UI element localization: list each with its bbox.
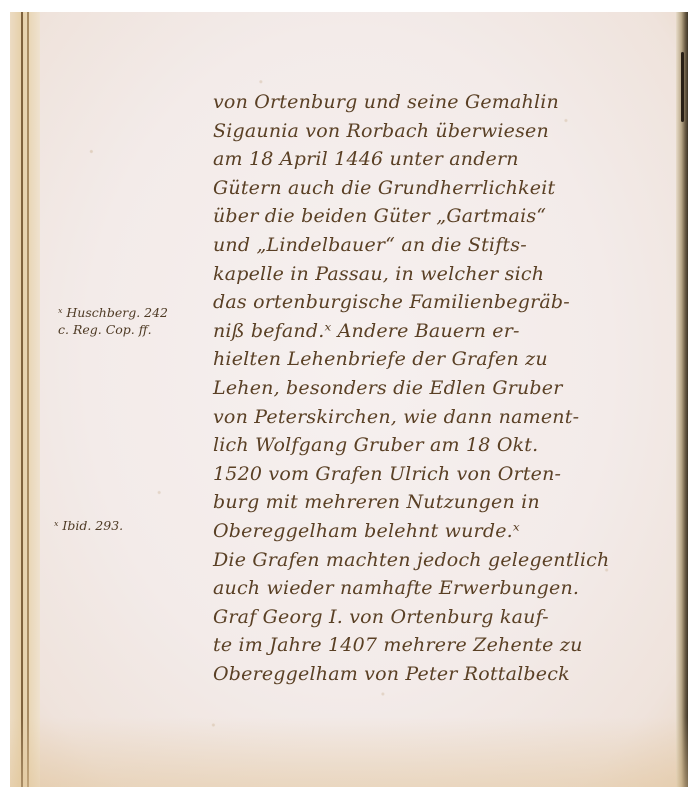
binding-edge [10,12,40,787]
text-line: te im Jahre 1407 mehrere Zehente zu [213,631,673,660]
text-line: über die beiden Güter „Gartmais“ [213,202,673,231]
text-line: 1520 vom Grafen Ulrich von Orten- [213,460,673,489]
text-line: burg mit mehreren Nutzungen in [213,488,673,517]
text-line: Obereggelham von Peter Rottalbeck [213,660,673,689]
text-line: Graf Georg I. von Ortenburg kauf- [213,603,673,632]
text-line: Lehen, besonders die Edlen Gruber [213,374,673,403]
handwritten-body-text: von Ortenburg und seine Gemahlin Sigauni… [213,88,673,688]
text-line: kapelle in Passau, in welcher sich [213,260,673,289]
text-line: am 18 April 1446 unter andern [213,145,673,174]
margin-note-line: c. Reg. Cop. ff. [58,321,168,338]
text-line: Die Grafen machten jedoch gelegentlich [213,546,673,575]
text-line: Sigaunia von Rorbach überwiesen [213,117,673,146]
text-line: Gütern auch die Grundherrlichkeit [213,174,673,203]
text-line: und „Lindelbauer“ an die Stifts- [213,231,673,260]
binding-stitch-line [21,12,23,787]
text-line: hielten Lehenbriefe der Grafen zu [213,345,673,374]
document-scan: ˣ Huschberg. 242 c. Reg. Cop. ff. ˣ Ibid… [0,0,688,800]
text-line: das ortenburgische Familienbegräb- [213,288,673,317]
margin-note-ibid: ˣ Ibid. 293. [54,517,123,534]
text-line: Obereggelham belehnt wurde.ˣ [213,517,673,546]
binding-stitch-line [27,12,29,787]
manuscript-page: ˣ Huschberg. 242 c. Reg. Cop. ff. ˣ Ibid… [10,12,688,787]
margin-note-huschberg: ˣ Huschberg. 242 c. Reg. Cop. ff. [58,304,168,338]
text-line: niß befand.ˣ Andere Bauern er- [213,317,673,346]
margin-note-line: ˣ Huschberg. 242 [58,304,168,321]
margin-note-line: ˣ Ibid. 293. [54,517,123,534]
gutter-shadow [681,52,684,122]
book-gutter [676,12,688,787]
text-line: von Peterskirchen, wie dann nament- [213,403,673,432]
text-line: von Ortenburg und seine Gemahlin [213,88,673,117]
text-line: auch wieder namhafte Erwerbungen. [213,574,673,603]
text-line: lich Wolfgang Gruber am 18 Okt. [213,431,673,460]
